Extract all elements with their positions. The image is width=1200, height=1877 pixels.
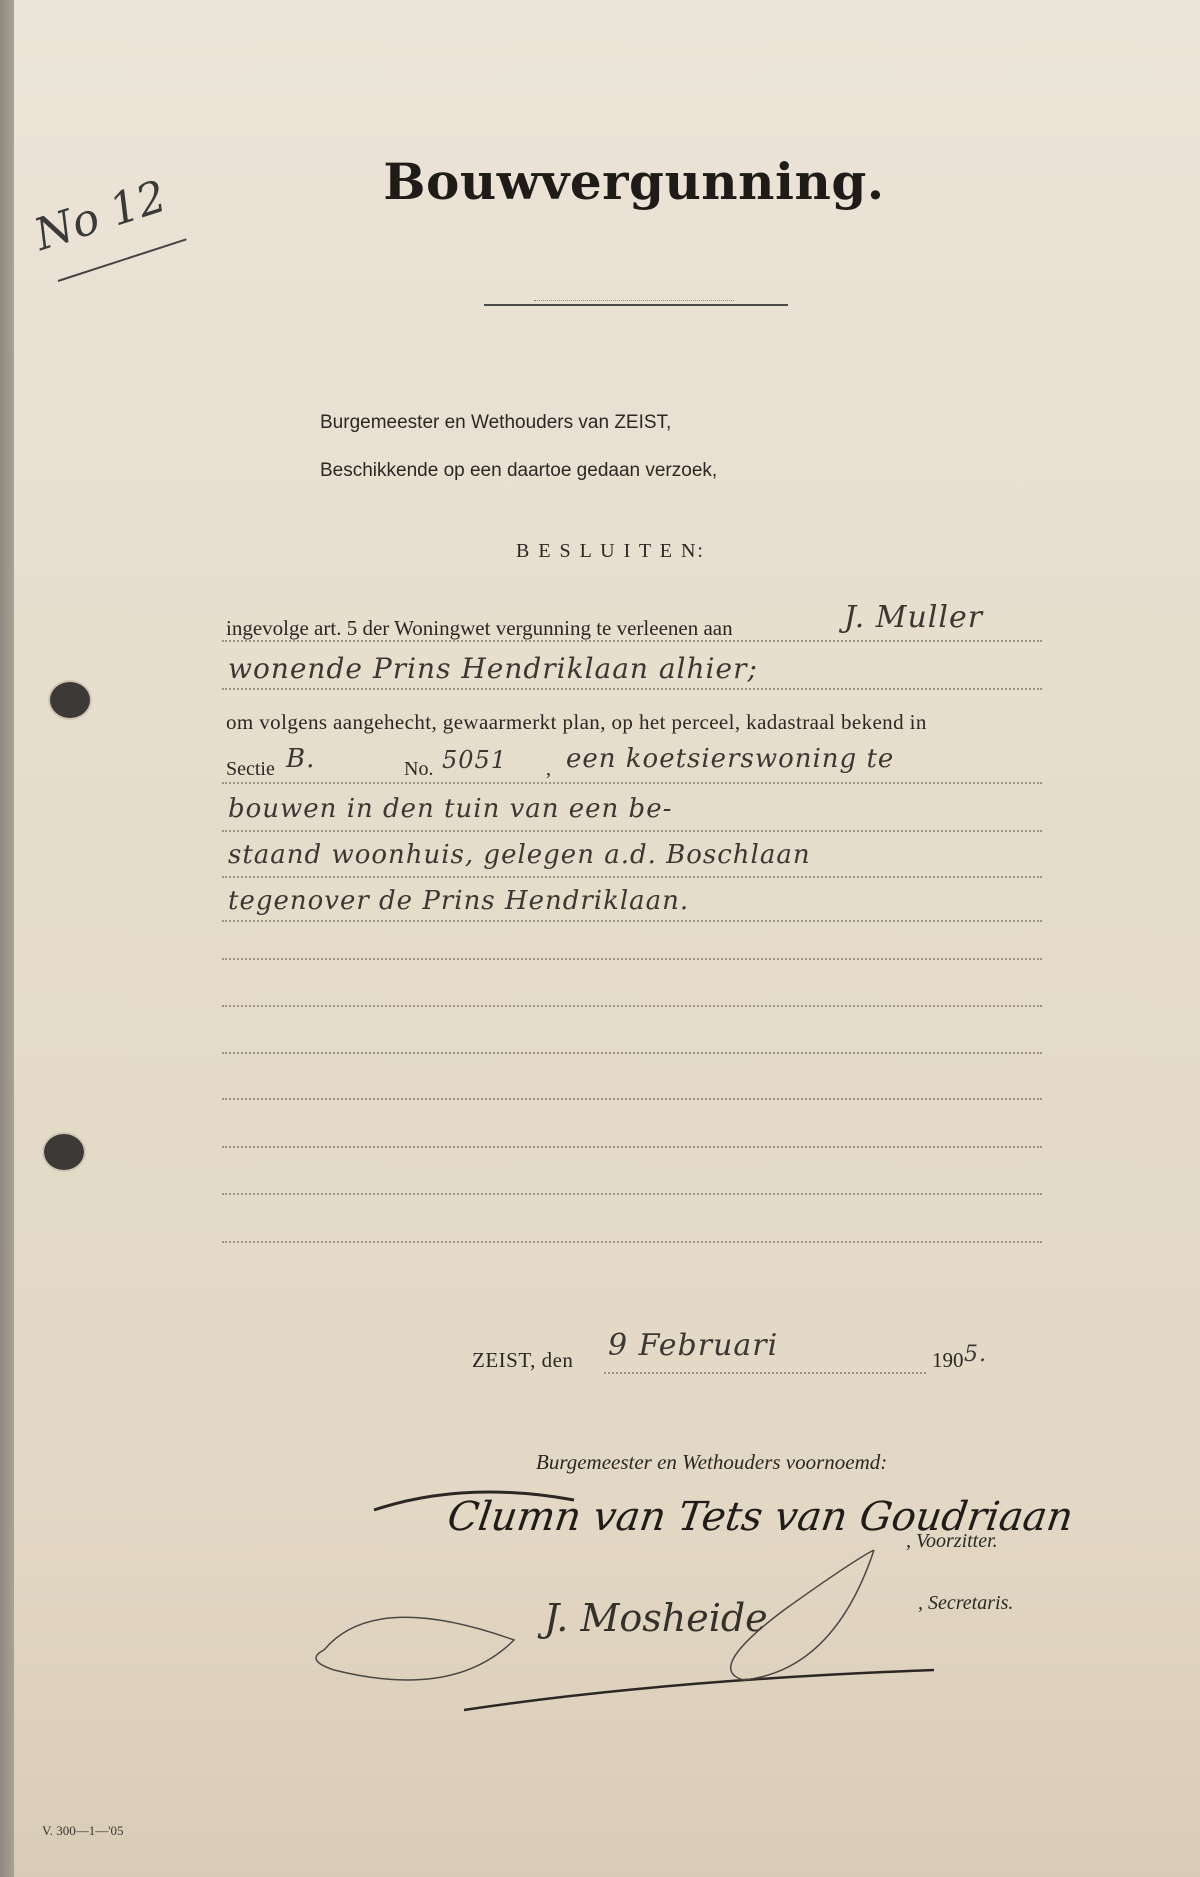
- form-line-empty: [222, 1052, 1042, 1054]
- form-line-empty: [222, 1098, 1042, 1100]
- description-line-3: staand woonhuis, gelegen a.d. Boschlaan: [228, 840, 811, 870]
- grant-prefix: ingevolge art. 5 der Woningwet vergunnin…: [226, 616, 733, 641]
- sectie-value: B.: [286, 744, 315, 774]
- form-line: [222, 876, 1042, 878]
- place-date-prefix: ZEIST, den: [472, 1348, 573, 1373]
- plan-text: om volgens aangehecht, gewaarmerkt plan,…: [226, 710, 927, 735]
- document-title: Bouwvergunning.: [14, 152, 1200, 211]
- form-line: [222, 830, 1042, 832]
- intro-line-1: Burgemeester en Wethouders van ZEIST,: [320, 412, 671, 434]
- description-line-1: een koetsierswoning te: [566, 744, 894, 774]
- no-label: No.: [404, 758, 433, 781]
- punch-hole: [44, 1134, 84, 1170]
- title-rule: [484, 304, 788, 306]
- decision-heading: B E S L U I T E N:: [516, 540, 705, 563]
- sectie-label: Sectie: [226, 758, 275, 781]
- form-line: [222, 782, 1042, 784]
- grantee-address: wonende Prins Hendriklaan alhier;: [228, 652, 758, 685]
- form-line: [222, 920, 1042, 922]
- punch-hole: [50, 682, 90, 718]
- form-line-empty: [222, 958, 1042, 960]
- form-line: [222, 688, 1042, 690]
- form-line-empty: [222, 1241, 1042, 1243]
- signature-flourish: [314, 1470, 954, 1720]
- form-line-empty: [222, 1193, 1042, 1195]
- description-line-4: tegenover de Prins Hendriklaan.: [228, 886, 689, 916]
- comma: ,: [546, 758, 551, 781]
- page-edge: [0, 0, 14, 1877]
- date-line: [604, 1372, 926, 1374]
- form-line-empty: [222, 1146, 1042, 1148]
- year-handwritten: 5.: [964, 1342, 987, 1367]
- intro-line-2: Beschikkende op een daartoe gedaan verzo…: [320, 460, 717, 482]
- year-printed: 190: [932, 1348, 964, 1373]
- description-line-2: bouwen in den tuin van een be-: [228, 794, 672, 824]
- form-line-empty: [222, 1005, 1042, 1007]
- form-code: V. 300—1—'05: [42, 1823, 124, 1839]
- date-handwritten: 9 Februari: [608, 1328, 778, 1363]
- grantee-name: J. Muller: [844, 600, 983, 635]
- no-value: 5051: [442, 746, 507, 774]
- document-page: No 12 Bouwvergunning. Burgemeester en We…: [14, 0, 1200, 1877]
